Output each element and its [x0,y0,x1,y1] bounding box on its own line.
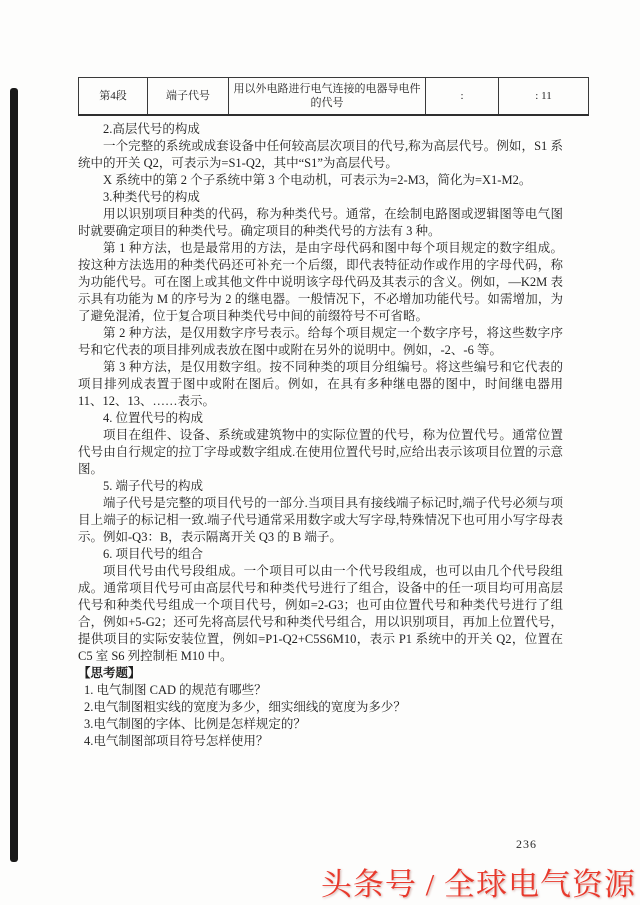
body-text: 2.高层代号的构成 一个完整的系统或成套设备中任何较高层次项目的代号,称为高层代… [78,121,563,665]
paragraph: 一个完整的系统或成套设备中任何较高层次项目的代号,称为高层代号。例如，S1 系统… [78,138,563,172]
page-content: 第4段 端子代号 用以外电路进行电气连接的电器导电件的代号 : : 11 2.高… [78,77,563,750]
questions-header: 【思考题】 [78,665,563,682]
paragraph: 6. 项目代号的组合 [78,546,563,563]
document-page: 第4段 端子代号 用以外电路进行电气连接的电器导电件的代号 : : 11 2.高… [0,0,640,905]
cell-example: : 11 [499,78,589,116]
paragraph: 2.高层代号的构成 [78,121,563,138]
review-questions-section: 【思考题】 1. 电气制图 CAD 的规范有哪些？ 2.电气制图粗实线的宽度为多… [78,665,563,750]
paragraph: 用以识别项目种类的代码，称为种类代号。通常，在绘制电路图或逻辑图等电气图时就要确… [78,206,563,240]
question-item: 3.电气制图的字体、比例是怎样规定的？ [84,716,563,733]
watermark: 头条号 / 全球电气资源 [321,859,636,904]
paragraph: 3.种类代号的构成 [78,189,563,206]
paragraph: 端子代号是完整的项目代号的一部分.当项目具有接线端子标记时,端子代号必须与项目上… [78,495,563,546]
cell-description: 用以外电路进行电气连接的电器导电件的代号 [229,78,426,116]
paragraph: X 系统中的第 2 个子系统中第 3 个电动机，可表示为=2-M3，简化为=X1… [78,172,563,189]
paragraph: 5. 端子代号的构成 [78,478,563,495]
cell-code-name: 端子代号 [148,78,229,116]
scan-spine-shadow [10,88,18,862]
question-item: 1. 电气制图 CAD 的规范有哪些？ [84,682,563,699]
code-segment-table: 第4段 端子代号 用以外电路进行电气连接的电器导电件的代号 : : 11 [78,77,589,116]
question-item: 4.电气制图部项目符号怎样使用？ [84,733,563,750]
paragraph: 第 1 种方法，也是最常用的方法，是由字母代码和图中每个项目规定的数字组成。按这… [78,240,563,325]
paragraph: 第 2 种方法，是仅用数字序号表示。给每个项目规定一个数字序号，将这些数字序号和… [78,325,563,359]
paragraph: 项目代号由代号段组成。一个项目可以由一个代号段组成，也可以由几个代号段组成。通常… [78,563,563,665]
cell-segment: 第4段 [79,78,148,116]
cell-prefix-symbol: : [426,78,499,116]
paragraph: 4. 位置代号的构成 [78,410,563,427]
question-item: 2.电气制图粗实线的宽度为多少，细实细线的宽度为多少？ [84,699,563,716]
page-number: 236 [516,837,537,852]
paragraph: 第 3 种方法，是仅用数字组。按不同种类的项目分组编号。将这些编号和它代表的项目… [78,359,563,410]
table-row: 第4段 端子代号 用以外电路进行电气连接的电器导电件的代号 : : 11 [79,78,589,116]
paragraph: 项目在组件、设备、系统或建筑物中的实际位置的代号，称为位置代号。通常位置代号由自… [78,427,563,478]
